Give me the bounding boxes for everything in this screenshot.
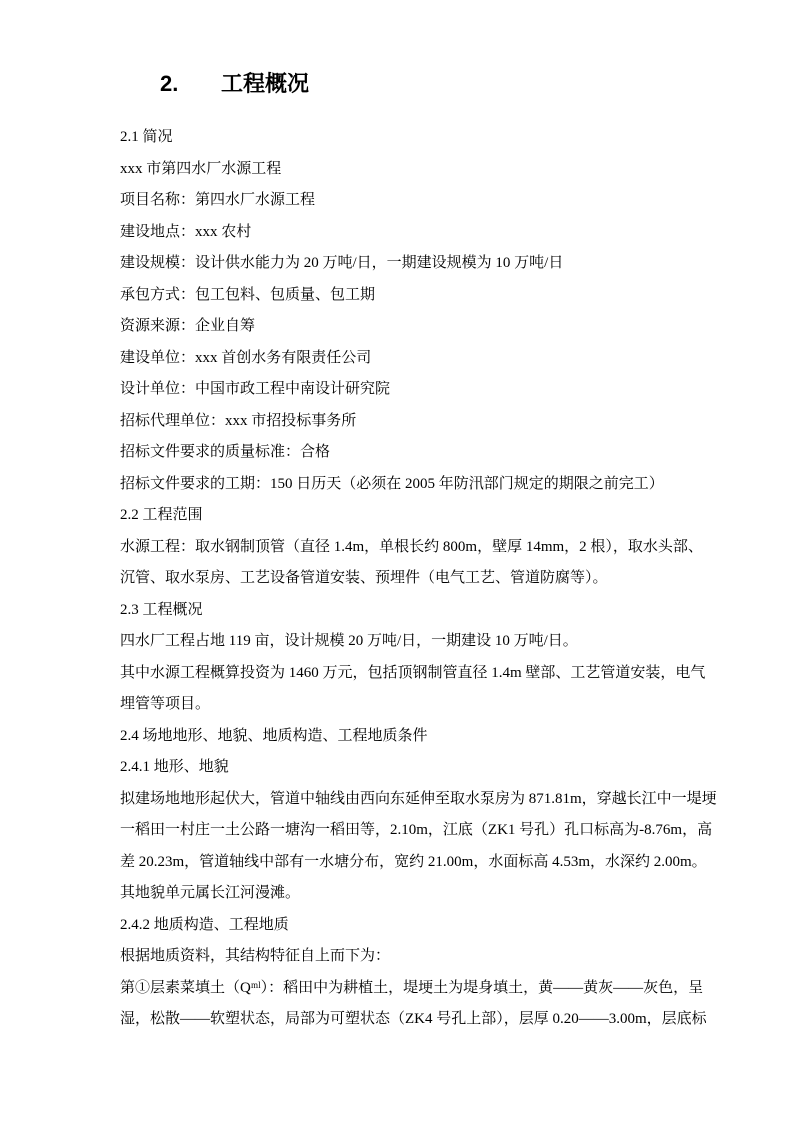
text-line: 水源工程：取水钢制顶管（直径 1.4m，单根长约 800m，壁厚 14mm，2 … xyxy=(120,532,678,564)
document-body: 2.工程概况 2.1 简况xxx 市第四水厂水源工程项目名称：第四水厂水源工程建… xyxy=(120,0,678,1036)
text-line: 资源来源：企业自筹 xyxy=(120,311,678,343)
text-line: 建设地点：xxx 农村 xyxy=(120,217,678,249)
paragraph: 项目名称：第四水厂水源工程 xyxy=(120,185,678,217)
text-line: 2.3 工程概况 xyxy=(120,595,678,627)
paragraph: 资源来源：企业自筹 xyxy=(120,311,678,343)
text-line: 埋管等项目。 xyxy=(120,689,678,721)
text-line: 四水厂工程占地 119 亩，设计规模 20 万吨/日，一期建设 10 万吨/日。 xyxy=(120,626,678,658)
paragraph: 招标文件要求的工期：150 日历天（必须在 2005 年防汛部门规定的期限之前完… xyxy=(120,469,678,501)
paragraph: 建设单位：xxx 首创水务有限责任公司 xyxy=(120,343,678,375)
paragraph: 其中水源工程概算投资为 1460 万元，包括顶钢制管直径 1.4m 壁部、工艺管… xyxy=(120,658,678,721)
text-line: 设计单位：中国市政工程中南设计研究院 xyxy=(120,374,678,406)
text-line: 根据地质资料，其结构特征自上而下为： xyxy=(120,941,678,973)
paragraph: 承包方式：包工包料、包质量、包工期 xyxy=(120,280,678,312)
text-line: 招标文件要求的工期：150 日历天（必须在 2005 年防汛部门规定的期限之前完… xyxy=(120,469,678,501)
paragraph: 2.3 工程概况 xyxy=(120,595,678,627)
text-line: 2.4 场地地形、地貌、地质构造、工程地质条件 xyxy=(120,721,678,753)
paragraph: 建设规模：设计供水能力为 20 万吨/日，一期建设规模为 10 万吨/日 xyxy=(120,248,678,280)
text-line: 项目名称：第四水厂水源工程 xyxy=(120,185,678,217)
text-line: xxx 市第四水厂水源工程 xyxy=(120,154,678,186)
text-line: 2.1 简况 xyxy=(120,122,678,154)
paragraph: 2.2 工程范围 xyxy=(120,500,678,532)
paragraph: 第①层素菜填土（Qᵐˡ）：稻田中为耕植土，堤埂土为堤身填土，黄——黄灰——灰色，… xyxy=(120,973,678,1036)
text-line: 第①层素菜填土（Qᵐˡ）：稻田中为耕植土，堤埂土为堤身填土，黄——黄灰——灰色，… xyxy=(120,973,678,1005)
text-line: 2.4.1 地形、地貌 xyxy=(120,752,678,784)
text-line: 招标文件要求的质量标准：合格 xyxy=(120,437,678,469)
text-line: 一稻田一村庄一土公路一塘沟一稻田等，2.10m，江底（ZK1 号孔）孔口标高为-… xyxy=(120,815,678,847)
text-line: 招标代理单位：xxx 市招投标事务所 xyxy=(120,406,678,438)
paragraph-container: 2.1 简况xxx 市第四水厂水源工程项目名称：第四水厂水源工程建设地点：xxx… xyxy=(120,122,678,1036)
chapter-number: 2. xyxy=(160,69,221,99)
paragraph: 设计单位：中国市政工程中南设计研究院 xyxy=(120,374,678,406)
document-page: 2.工程概况 2.1 简况xxx 市第四水厂水源工程项目名称：第四水厂水源工程建… xyxy=(0,0,793,1122)
paragraph: 水源工程：取水钢制顶管（直径 1.4m，单根长约 800m，壁厚 14mm，2 … xyxy=(120,532,678,595)
text-line: 承包方式：包工包料、包质量、包工期 xyxy=(120,280,678,312)
paragraph: 招标代理单位：xxx 市招投标事务所 xyxy=(120,406,678,438)
paragraph: 2.4.2 地质构造、工程地质 xyxy=(120,910,678,942)
paragraph: 招标文件要求的质量标准：合格 xyxy=(120,437,678,469)
text-line: 2.2 工程范围 xyxy=(120,500,678,532)
paragraph: 2.4 场地地形、地貌、地质构造、工程地质条件 xyxy=(120,721,678,753)
paragraph: 建设地点：xxx 农村 xyxy=(120,217,678,249)
text-line: 其地貌单元属长江河漫滩。 xyxy=(120,878,678,910)
paragraph: 根据地质资料，其结构特征自上而下为： xyxy=(120,941,678,973)
text-line: 沉管、取水泵房、工艺设备管道安装、预埋件（电气工艺、管道防腐等）。 xyxy=(120,563,678,595)
text-line: 拟建场地地形起伏大，管道中轴线由西向东延伸至取水泵房为 871.81m，穿越长江… xyxy=(120,784,678,816)
paragraph: xxx 市第四水厂水源工程 xyxy=(120,154,678,186)
text-line: 湿，松散——软塑状态，局部为可塑状态（ZK4 号孔上部），层厚 0.20——3.… xyxy=(120,1004,678,1036)
paragraph: 拟建场地地形起伏大，管道中轴线由西向东延伸至取水泵房为 871.81m，穿越长江… xyxy=(120,784,678,910)
paragraph: 2.4.1 地形、地貌 xyxy=(120,752,678,784)
text-line: 其中水源工程概算投资为 1460 万元，包括顶钢制管直径 1.4m 壁部、工艺管… xyxy=(120,658,678,690)
chapter-title: 工程概况 xyxy=(221,71,309,96)
text-line: 建设规模：设计供水能力为 20 万吨/日，一期建设规模为 10 万吨/日 xyxy=(120,248,678,280)
text-line: 差 20.23m，管道轴线中部有一水塘分布，宽约 21.00m，水面标高 4.5… xyxy=(120,847,678,879)
chapter-heading: 2.工程概况 xyxy=(160,69,678,99)
text-line: 建设单位：xxx 首创水务有限责任公司 xyxy=(120,343,678,375)
paragraph: 2.1 简况 xyxy=(120,122,678,154)
text-line: 2.4.2 地质构造、工程地质 xyxy=(120,910,678,942)
paragraph: 四水厂工程占地 119 亩，设计规模 20 万吨/日，一期建设 10 万吨/日。 xyxy=(120,626,678,658)
